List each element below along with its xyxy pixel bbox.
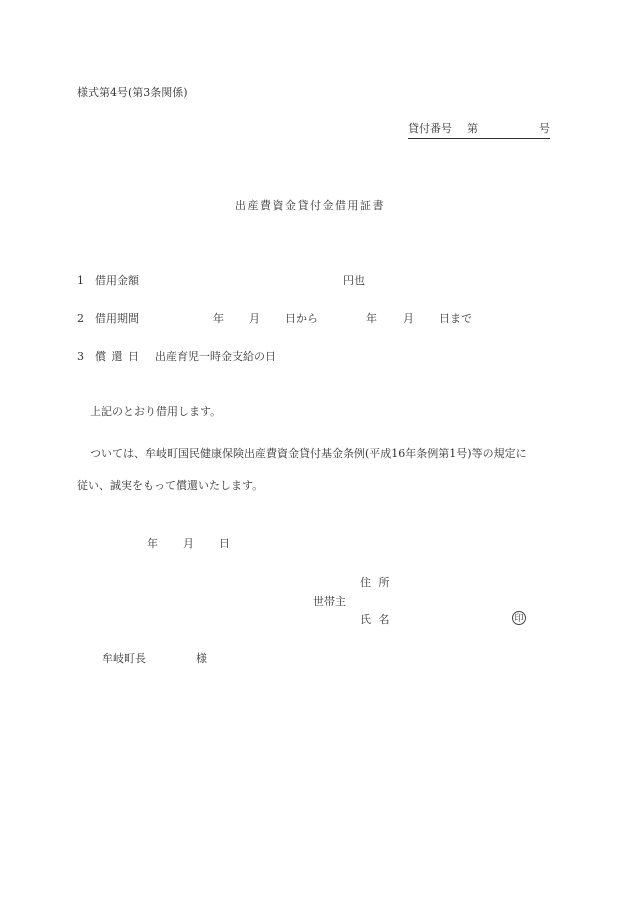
from-day: 日から [285, 312, 318, 326]
item-repayment-date: 3 償 還 日 出産育児一時金支給の日 [0, 350, 630, 364]
householder-label: 世帯主 [313, 595, 346, 609]
seal-icon: 印 [512, 611, 526, 625]
item-label: 借用期間 [95, 312, 139, 326]
date-day: 日 [219, 537, 230, 551]
loan-number-label: 貸付番号 [408, 122, 452, 136]
loan-number-prefix: 第 [467, 122, 478, 136]
from-month: 月 [249, 312, 260, 326]
item-loan-amount: 1 借用金額 円也 [0, 274, 630, 288]
item-loan-period: 2 借用期間 年 月 日から 年 月 日まで [0, 312, 630, 326]
date-month: 月 [183, 537, 194, 551]
to-month: 月 [403, 312, 414, 326]
repayment-date-value: 出産育児一時金支給の日 [155, 350, 276, 364]
loan-certificate-page: 様式第4号(第3条関係) 貸付番号 第 号 出産費資金貸付金借用証書 1 借用金… [0, 0, 630, 915]
address-label: 住 所 [360, 576, 392, 590]
signing-date: 年 月 日 [0, 537, 630, 551]
addressee-honorific: 様 [196, 652, 207, 666]
item-label: 借用金額 [95, 274, 139, 288]
addressee-name: 牟岐町長 [102, 652, 146, 666]
item-number: 2 [77, 312, 84, 326]
item-number: 1 [77, 274, 84, 288]
from-year: 年 [213, 312, 224, 326]
date-year: 年 [147, 537, 158, 551]
form-number: 様式第4号(第3条関係) [77, 86, 188, 100]
addressee: 牟岐町長 様 [0, 652, 630, 666]
loan-number-field: 貸付番号 第 号 [408, 122, 550, 139]
statement: 上記のとおり借用します。 [90, 405, 221, 419]
item-number: 3 [77, 350, 84, 364]
item-label: 償 還 日 [95, 350, 140, 364]
to-year: 年 [366, 312, 377, 326]
to-day: 日まで [439, 312, 472, 326]
name-label: 氏 名 [360, 613, 392, 627]
document-title: 出産費資金貸付金借用証書 [235, 199, 385, 213]
paragraph-line-1: ついては、牟岐町国民健康保険出産費資金貸付基金条例(平成16年条例第1号)等の規… [90, 447, 527, 461]
loan-number-suffix: 号 [539, 122, 550, 136]
amount-unit: 円也 [343, 274, 365, 288]
paragraph-line-2: 従い、誠実をもって償還いたします。 [77, 479, 263, 493]
